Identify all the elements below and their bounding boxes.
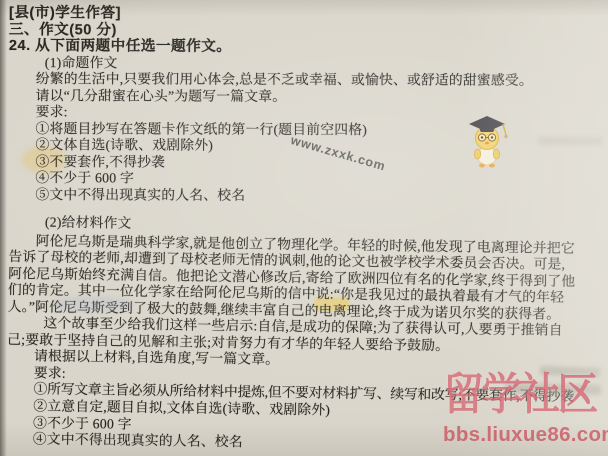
question-24: 24. 从下面两题中任选一题作文。 xyxy=(9,38,533,56)
topic1-requirement-item: ②文体自选(诗歌、戏剧除外) xyxy=(8,137,532,155)
scan-edge-shadow xyxy=(0,0,7,456)
liuxue-watermark-url: bbs.liuxue86.com xyxy=(443,423,608,447)
exam-paper-scan: [县(市)学生作答] 三、作文(50 分) 24. 从下面两题中任选一题作文。 … xyxy=(0,0,608,456)
topic1-intro-line2: 请以“几分甜蜜在心头”为题写一篇文章。 xyxy=(9,88,533,106)
topic1-requirements-label: 要求: xyxy=(9,104,533,122)
topic1-requirement-item: ⑤文中不得出现真实的人名、校名 xyxy=(8,187,532,205)
topic1-intro-line1: 纷繁的生活中,只要我们用心体会,总是不乏或幸福、或愉快、或舒适的甜蜜感受。 xyxy=(9,71,533,89)
answer-note: [县(市)学生作答] xyxy=(9,5,533,23)
topic1-title: (1)命题作文 xyxy=(9,55,533,73)
liuxue-watermark-title: 留学社区 xyxy=(443,369,596,421)
graduate-mascot-icon xyxy=(464,112,510,175)
topic1-block: [县(市)学生作答] 三、作文(50 分) 24. 从下面两题中任选一题作文。 … xyxy=(8,5,533,205)
topic1-requirement-item: ④不少于 600 字 xyxy=(8,170,532,188)
bleed-through-text-smudge xyxy=(538,137,602,145)
section-title: 三、作文(50 分) xyxy=(9,22,533,40)
